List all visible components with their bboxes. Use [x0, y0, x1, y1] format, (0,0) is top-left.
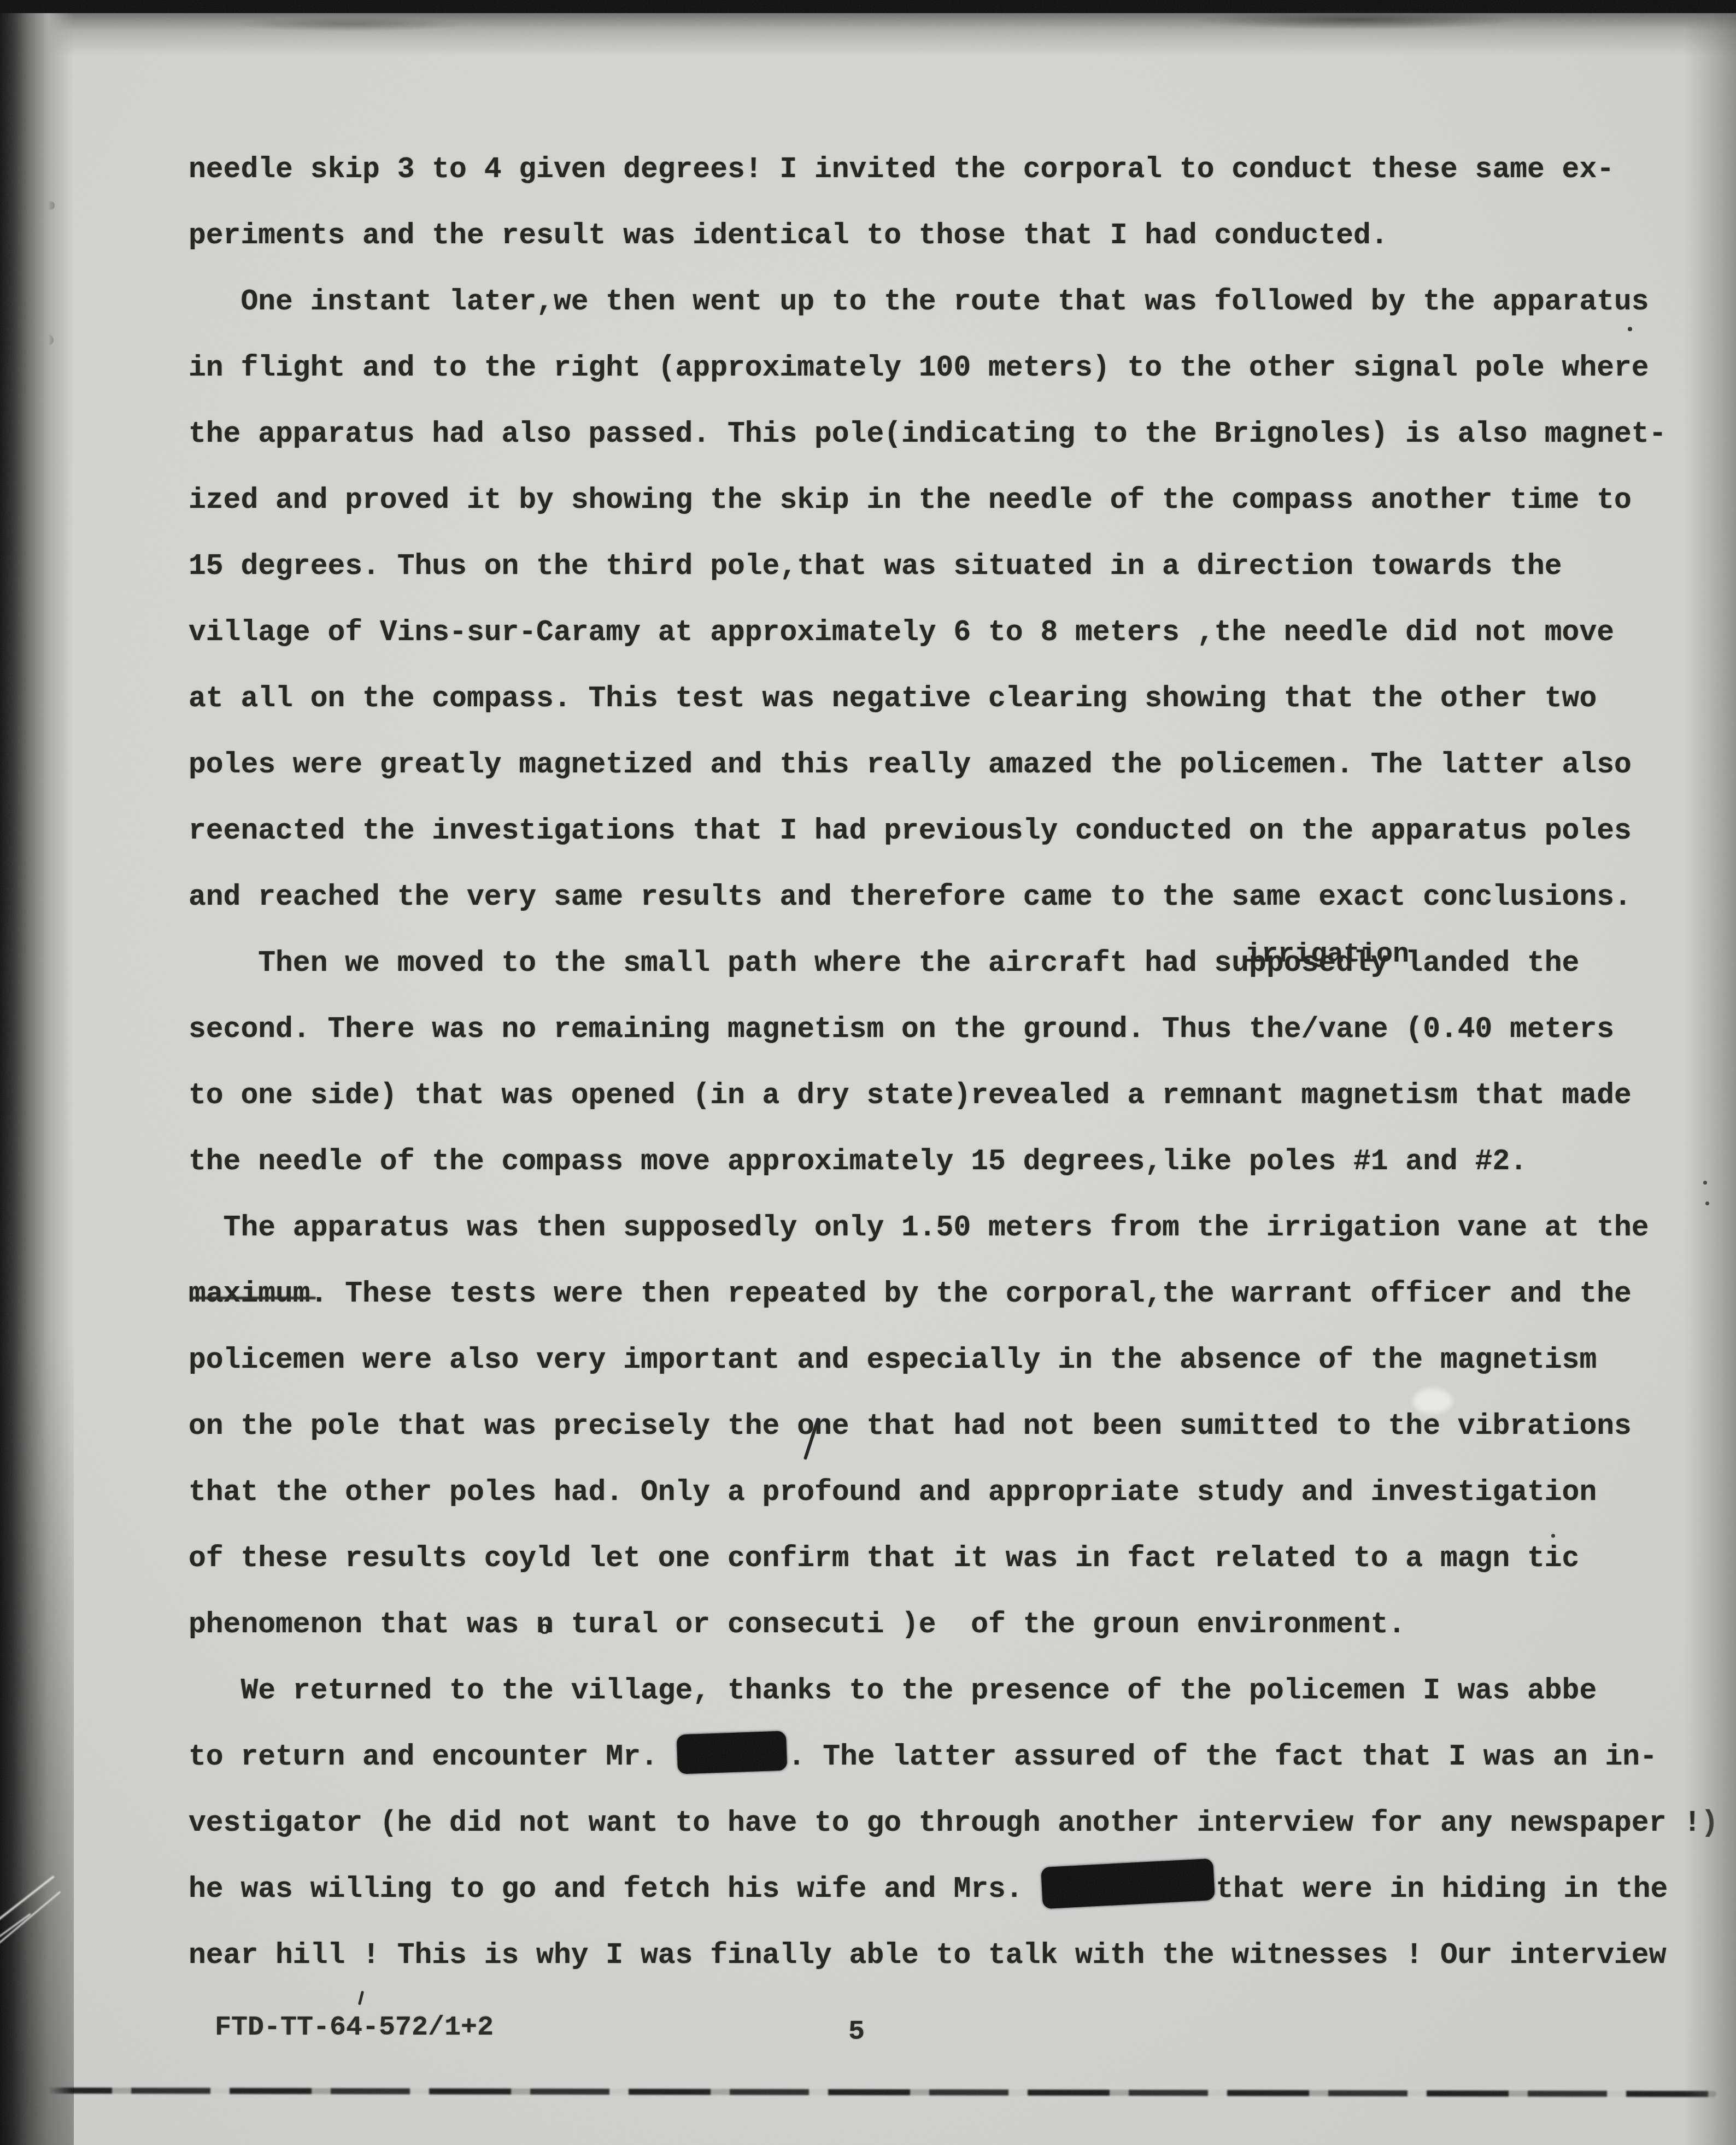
scan-left-edge: [0, 0, 74, 2145]
scan-top-shadow-band: [0, 13, 1736, 56]
scan-bottom-edge-line: [30, 2088, 1716, 2097]
typed-line: to return and encounter Mr. . The latter…: [189, 1724, 1736, 1790]
typed-line: One instant later,we then went up to the…: [189, 269, 1736, 335]
typed-line: poles were greatly magnetized and this r…: [189, 732, 1736, 798]
typed-line: he was willing to go and fetch his wife …: [189, 1856, 1736, 1923]
typed-line: reenacted the investigations that I had …: [189, 798, 1736, 864]
scan-right-shadow: [1684, 0, 1736, 2145]
typed-line: maximum. These tests were then repeated …: [189, 1261, 1736, 1327]
typed-line: policemen were also very important and e…: [189, 1327, 1736, 1393]
typed-line: the needle of the compass move approxima…: [189, 1129, 1736, 1195]
redaction-mark: [1041, 1859, 1216, 1909]
typed-line: near hill ! This is why I was finally ab…: [189, 1923, 1736, 1989]
typed-text-segment: to return and encounter Mr.: [189, 1740, 676, 1773]
typed-line: Then we moved to the small path where th…: [189, 930, 1736, 997]
typed-line: in flight and to the right (approximatel…: [189, 335, 1736, 401]
typed-text-segment: he was willing to go and fetch his wife …: [189, 1873, 1040, 1906]
inserted-word: irrigation: [1245, 941, 1409, 969]
typed-line: of these results coyld let one confirm t…: [189, 1526, 1736, 1592]
typed-line: The apparatus was then supposedly only 1…: [189, 1195, 1736, 1261]
speck: [1628, 327, 1632, 331]
typed-line: on the pole that was precisely the one t…: [189, 1393, 1736, 1460]
footer-doc-id: FTD-TT-64-572/1+2: [215, 2012, 494, 2044]
typed-line: that the other poles had. Only a profoun…: [189, 1460, 1736, 1526]
typed-line: needle skip 3 to 4 given degrees! I invi…: [189, 137, 1736, 203]
scan-page: needle skip 3 to 4 given degrees! I invi…: [0, 0, 1736, 2145]
footer-page-number: 5: [848, 2016, 865, 2049]
typed-line: phenomenon that was n tural or consecuti…: [189, 1592, 1736, 1658]
typed-text-block: needle skip 3 to 4 given degrees! I invi…: [189, 137, 1736, 1989]
white-smudge: [1413, 1388, 1452, 1414]
typed-text-segment: . The latter assured of the fact that I …: [788, 1740, 1657, 1773]
typed-line: We returned to the village, thanks to th…: [189, 1658, 1736, 1724]
typed-line: ized and proved it by showing the skip i…: [189, 467, 1736, 534]
typed-line: periments and the result was identical t…: [189, 203, 1736, 269]
scan-top-edge: [0, 0, 1736, 13]
tick-mark: [358, 1991, 364, 2005]
redaction-mark: [676, 1731, 787, 1774]
typed-line: vestigator (he did not want to have to g…: [189, 1790, 1736, 1856]
typed-line: village of Vins-sur-Caramy at approximat…: [189, 600, 1736, 666]
typed-line: the apparatus had also passed. This pole…: [189, 401, 1736, 467]
typed-line: second. There was no remaining magnetism…: [189, 997, 1736, 1063]
speck: [1551, 1534, 1555, 1538]
typed-line: 15 degrees. Thus on the third pole,that …: [189, 534, 1736, 600]
typed-line: and reached the very same results and th…: [189, 864, 1736, 930]
underline-mark: [190, 1297, 316, 1299]
typed-text-segment: that were in hiding in the: [1216, 1873, 1668, 1906]
typed-line: to one side) that was opened (in a dry s…: [189, 1063, 1736, 1129]
superscript-o: o: [539, 1620, 550, 1639]
typed-line: at all on the compass. This test was neg…: [189, 666, 1736, 732]
